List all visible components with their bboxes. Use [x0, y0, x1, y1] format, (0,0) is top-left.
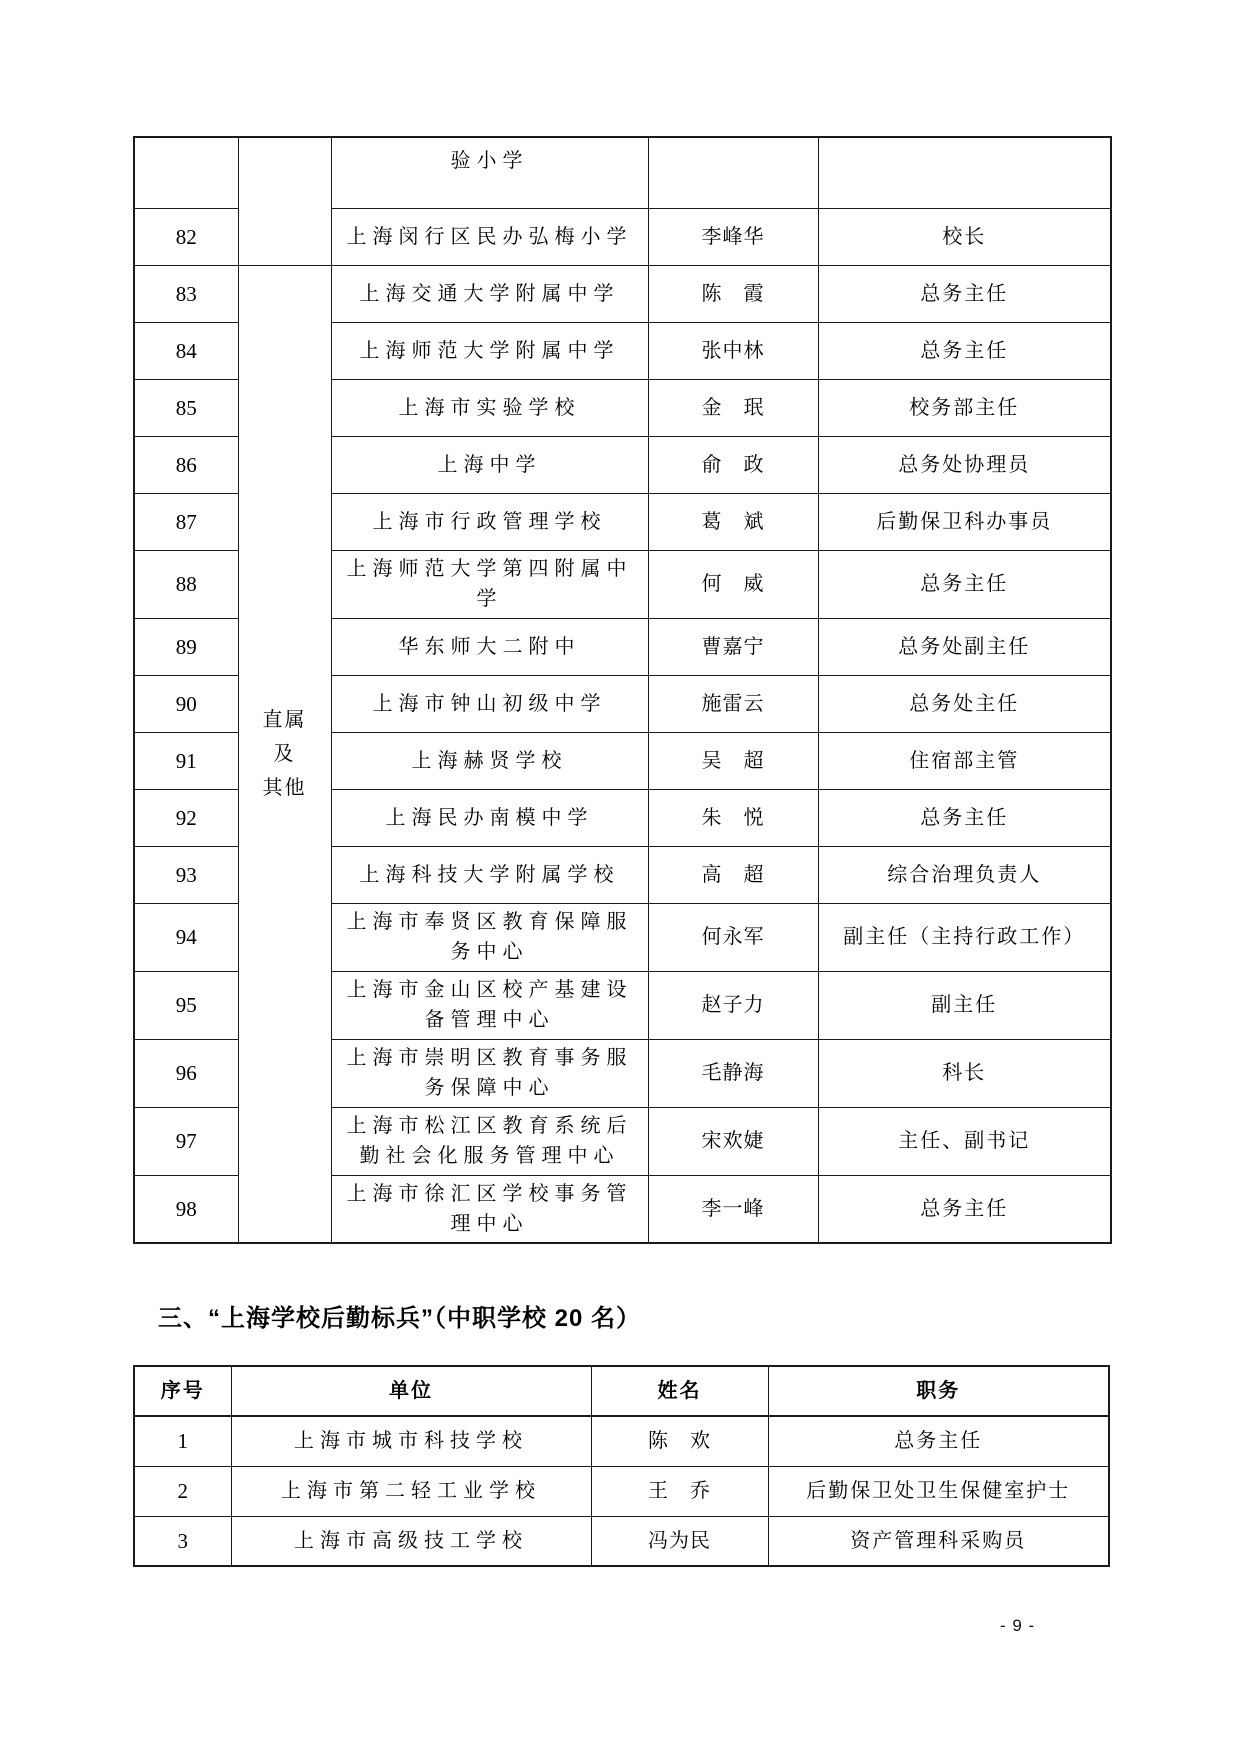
serial-cell: 98	[134, 1175, 238, 1243]
header-title: 职务	[768, 1366, 1109, 1416]
serial-cell: 88	[134, 550, 238, 618]
name-cell: 何 威	[648, 550, 818, 618]
unit-cell: 上海市金山区校产基建设备管理中心	[331, 971, 648, 1039]
unit-cell: 上海市奉贤区教育保障服务中心	[331, 903, 648, 971]
title-cell: 主任、副书记	[818, 1107, 1111, 1175]
title-cell: 综合治理负责人	[818, 846, 1111, 903]
unit-cell: 上海师范大学附属中学	[331, 322, 648, 379]
name-cell: 李一峰	[648, 1175, 818, 1243]
name-cell: 曹嘉宁	[648, 618, 818, 675]
unit-cell: 华东师大二附中	[331, 618, 648, 675]
unit-cell: 上海市城市科技学校	[231, 1416, 591, 1466]
title-cell: 总务主任	[818, 1175, 1111, 1243]
unit-cell: 上海市崇明区教育事务服务保障中心	[331, 1039, 648, 1107]
name-cell: 陈 欢	[591, 1416, 768, 1466]
title-cell: 总务主任	[818, 322, 1111, 379]
title-cell: 后勤保卫科办事员	[818, 493, 1111, 550]
unit-cell: 上海师范大学第四附属中学	[331, 550, 648, 618]
title-cell: 后勤保卫处卫生保健室护士	[768, 1466, 1109, 1516]
name-cell: 施雷云	[648, 675, 818, 732]
unit-cell: 上海市高级技工学校	[231, 1516, 591, 1566]
unit-cell: 上海市钟山初级中学	[331, 675, 648, 732]
page-number: - 9 -	[1000, 1616, 1035, 1636]
serial-cell: 94	[134, 903, 238, 971]
unit-cell: 上海市实验学校	[331, 379, 648, 436]
title-cell: 副主任	[818, 971, 1111, 1039]
title-cell: 总务处协理员	[818, 436, 1111, 493]
header-unit: 单位	[231, 1366, 591, 1416]
award-table-vocational: 序号 单位 姓名 职务 1 上海市城市科技学校 陈 欢 总务主任 2 上海市第二…	[133, 1365, 1110, 1567]
name-cell: 何永军	[648, 903, 818, 971]
serial-cell: 85	[134, 379, 238, 436]
category-cell: 直属 及 其他	[238, 265, 331, 1243]
title-cell: 校长	[818, 208, 1111, 265]
title-cell: 校务部主任	[818, 379, 1111, 436]
table-row: 3 上海市高级技工学校 冯为民 资产管理科采购员	[134, 1516, 1109, 1566]
table-row-continuation: 验小学	[134, 137, 1111, 208]
title-cell: 总务主任	[818, 550, 1111, 618]
title-cell: 资产管理科采购员	[768, 1516, 1109, 1566]
section-heading: 三、“上海学校后勤标兵”（中职学校 20 名）	[158, 1298, 1058, 1333]
title-cell: 总务处主任	[818, 675, 1111, 732]
title-cell: 总务主任	[768, 1416, 1109, 1466]
document-page: 验小学 82 上海闵行区民办弘梅小学 李峰华 校长 83 直属 及 其他 上海交…	[0, 0, 1241, 1754]
name-cell: 俞 政	[648, 436, 818, 493]
category-cell-empty	[238, 137, 331, 265]
unit-cell: 验小学	[331, 137, 648, 208]
serial-cell: 82	[134, 208, 238, 265]
title-cell: 总务处副主任	[818, 618, 1111, 675]
unit-cell: 上海闵行区民办弘梅小学	[331, 208, 648, 265]
serial-cell	[134, 137, 238, 208]
serial-cell: 3	[134, 1516, 231, 1566]
serial-cell: 96	[134, 1039, 238, 1107]
name-cell	[648, 137, 818, 208]
name-cell: 冯为民	[591, 1516, 768, 1566]
table-row: 2 上海市第二轻工业学校 王 乔 后勤保卫处卫生保健室护士	[134, 1466, 1109, 1516]
serial-cell: 2	[134, 1466, 231, 1516]
serial-cell: 91	[134, 732, 238, 789]
unit-cell: 上海中学	[331, 436, 648, 493]
unit-cell: 上海市松江区教育系统后勤社会化服务管理中心	[331, 1107, 648, 1175]
serial-cell: 97	[134, 1107, 238, 1175]
award-table-schools: 验小学 82 上海闵行区民办弘梅小学 李峰华 校长 83 直属 及 其他 上海交…	[133, 136, 1112, 1244]
title-cell	[818, 137, 1111, 208]
unit-cell: 上海民办南模中学	[331, 789, 648, 846]
name-cell: 陈 霞	[648, 265, 818, 322]
serial-cell: 95	[134, 971, 238, 1039]
name-cell: 李峰华	[648, 208, 818, 265]
name-cell: 朱 悦	[648, 789, 818, 846]
title-cell: 住宿部主管	[818, 732, 1111, 789]
serial-cell: 92	[134, 789, 238, 846]
name-cell: 宋欢婕	[648, 1107, 818, 1175]
name-cell: 吴 超	[648, 732, 818, 789]
table-row: 83 直属 及 其他 上海交通大学附属中学 陈 霞 总务主任	[134, 265, 1111, 322]
table-row: 1 上海市城市科技学校 陈 欢 总务主任	[134, 1416, 1109, 1466]
title-cell: 副主任（主持行政工作）	[818, 903, 1111, 971]
serial-cell: 84	[134, 322, 238, 379]
title-cell: 科长	[818, 1039, 1111, 1107]
serial-cell: 89	[134, 618, 238, 675]
serial-cell: 1	[134, 1416, 231, 1466]
name-cell: 王 乔	[591, 1466, 768, 1516]
name-cell: 高 超	[648, 846, 818, 903]
serial-cell: 86	[134, 436, 238, 493]
name-cell: 张中林	[648, 322, 818, 379]
table-header-row: 序号 单位 姓名 职务	[134, 1366, 1109, 1416]
unit-cell: 上海市行政管理学校	[331, 493, 648, 550]
name-cell: 毛静海	[648, 1039, 818, 1107]
unit-cell: 上海科技大学附属学校	[331, 846, 648, 903]
name-cell: 金 珉	[648, 379, 818, 436]
header-name: 姓名	[591, 1366, 768, 1416]
title-cell: 总务主任	[818, 789, 1111, 846]
serial-cell: 83	[134, 265, 238, 322]
unit-cell: 上海交通大学附属中学	[331, 265, 648, 322]
name-cell: 葛 斌	[648, 493, 818, 550]
name-cell: 赵子力	[648, 971, 818, 1039]
serial-cell: 90	[134, 675, 238, 732]
serial-cell: 93	[134, 846, 238, 903]
unit-cell: 上海市徐汇区学校事务管理中心	[331, 1175, 648, 1243]
title-cell: 总务主任	[818, 265, 1111, 322]
header-serial: 序号	[134, 1366, 231, 1416]
serial-cell: 87	[134, 493, 238, 550]
unit-cell: 上海市第二轻工业学校	[231, 1466, 591, 1516]
unit-cell: 上海赫贤学校	[331, 732, 648, 789]
